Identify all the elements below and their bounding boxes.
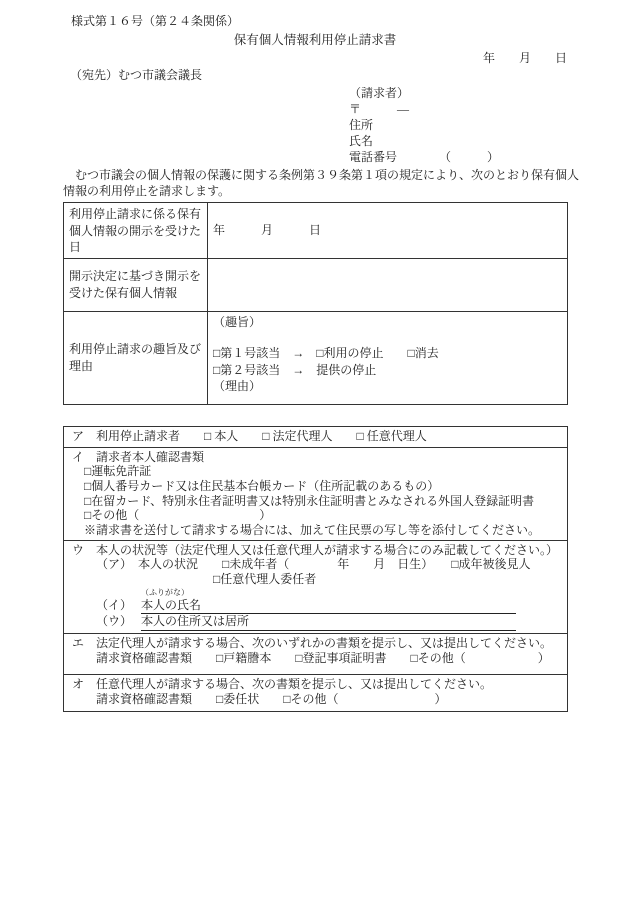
requester-type-cell: ア 利用停止請求者 □ 本人 □ 法定代理人 □ 任意代理人 xyxy=(64,426,568,447)
identity-doc-item-mynumber: □個人番号カード又は住民基本台帳カード（住所記載のあるもの） xyxy=(72,479,561,494)
principal-status-cell: ウ 本人の状況等（法定代理人又は任意代理人が請求する場合にのみ記載してください。… xyxy=(64,540,568,633)
legal-representative-cell: エ 法定代理人が請求する場合、次のいずれかの書類を提示し、又は提出してください。… xyxy=(64,633,568,674)
form-page: 様式第１６号（第２４条関係） 保有個人情報利用停止請求書 年 月 日 （宛先）む… xyxy=(0,0,630,903)
declaration-line-2: 情報の利用停止を請求します。 xyxy=(63,183,630,199)
legal-representative-documents: 請求資格確認書類 □戸籍謄本 □登記事項証明書 □その他（ ） xyxy=(72,651,561,666)
principal-name-field: 本人の氏名 xyxy=(141,598,516,615)
identity-doc-item-license: □運転免許証 xyxy=(72,464,561,479)
reason-header: （理由） xyxy=(213,378,564,395)
purpose-option-item1: □第１号該当 → □利用の停止 □消去 xyxy=(213,345,564,362)
spacer xyxy=(213,330,564,345)
page-title: 保有個人情報利用停止請求書 xyxy=(0,33,630,48)
disclosure-date-value: 年 月 日 xyxy=(208,203,568,259)
checklist-table: ア 利用停止請求者 □ 本人 □ 法定代理人 □ 任意代理人 イ 請求者本人確認… xyxy=(63,426,568,712)
principal-address-line: （ウ）本人の住所又は居所 xyxy=(72,614,561,631)
table-row: オ 任意代理人が請求する場合、次の書類を提示し、又は提出してください。 請求資格… xyxy=(64,674,568,711)
voluntary-representative-title: オ 任意代理人が請求する場合、次の書類を提示し、又は提出してください。 xyxy=(72,677,561,692)
requester-label: （請求者） xyxy=(349,85,630,101)
table-row: 利用停止請求の趣旨及び理由 （趣旨） □第１号該当 → □利用の停止 □消去 □… xyxy=(64,311,568,404)
principal-status-line2: □任意代理人委任者 xyxy=(72,572,561,587)
table-row: 利用停止請求に係る保有個人情報の開示を受けた日 年 月 日 xyxy=(64,203,568,259)
identity-doc-item-residence-card: □在留カード、特別永住者証明書又は特別永住証明書とみなされる外国人登録証明書 xyxy=(72,494,561,509)
disclosed-info-value xyxy=(208,258,568,311)
requester-type-line: ア 利用停止請求者 □ 本人 □ 法定代理人 □ 任意代理人 xyxy=(72,429,561,444)
requester-block: （請求者） 〒 ― 住所 氏名 電話番号 （ ） xyxy=(349,85,630,165)
principal-name-prefix: （イ） xyxy=(96,598,141,614)
principal-address-field: 本人の住所又は居所 xyxy=(141,614,516,631)
legal-representative-title: エ 法定代理人が請求する場合、次のいずれかの書類を提示し、又は提出してください。 xyxy=(72,636,561,651)
purpose-option-item2: □第２号該当 → 提供の停止 xyxy=(213,362,564,379)
table-row: ア 利用停止請求者 □ 本人 □ 法定代理人 □ 任意代理人 xyxy=(64,426,568,447)
declaration-line-1: むつ市議会の個人情報の保護に関する条例第３９条第１項の規定により、次のとおり保有… xyxy=(63,167,630,183)
name-line: 氏名 xyxy=(349,133,630,149)
principal-name-line: （イ）本人の氏名 xyxy=(72,598,561,615)
purpose-header: （趣旨） xyxy=(213,314,564,331)
furigana-label: （ふりがな） xyxy=(72,587,561,598)
date-line: 年 月 日 xyxy=(0,51,630,65)
table-row: 開示決定に基づき開示を受けた保有個人情報 xyxy=(64,258,568,311)
purpose-reason-cell: （趣旨） □第１号該当 → □利用の停止 □消去 □第２号該当 → 提供の停止 … xyxy=(208,311,568,404)
address-line: 住所 xyxy=(349,117,630,133)
postal-code-line: 〒 ― xyxy=(349,101,630,117)
table-row: ウ 本人の状況等（法定代理人又は任意代理人が請求する場合にのみ記載してください。… xyxy=(64,540,568,633)
principal-status-line: （ア） 本人の状況 □未成年者（ 年 月 日生） □成年被後見人 xyxy=(72,557,561,572)
identity-documents-title: イ 請求者本人確認書類 xyxy=(72,450,561,465)
voluntary-representative-documents: 請求資格確認書類 □委任状 □その他（ ） xyxy=(72,692,561,707)
identity-doc-note: ※請求書を送付して請求する場合には、加えて住民票の写し等を添付してください。 xyxy=(72,523,561,538)
purpose-reason-label: 利用停止請求の趣旨及び理由 xyxy=(64,311,208,404)
identity-documents-cell: イ 請求者本人確認書類 □運転免許証 □個人番号カード又は住民基本台帳カード（住… xyxy=(64,447,568,540)
addressee-line: （宛先）むつ市議会議長 xyxy=(70,68,630,82)
form-number: 様式第１６号（第２４条関係） xyxy=(71,14,630,28)
disclosed-info-label: 開示決定に基づき開示を受けた保有個人情報 xyxy=(64,258,208,311)
identity-doc-item-other: □その他（ ） xyxy=(72,508,561,523)
principal-status-title: ウ 本人の状況等（法定代理人又は任意代理人が請求する場合にのみ記載してください。… xyxy=(72,543,561,558)
table-row: イ 請求者本人確認書類 □運転免許証 □個人番号カード又は住民基本台帳カード（住… xyxy=(64,447,568,540)
request-detail-table: 利用停止請求に係る保有個人情報の開示を受けた日 年 月 日 開示決定に基づき開示… xyxy=(63,202,568,405)
disclosure-date-label: 利用停止請求に係る保有個人情報の開示を受けた日 xyxy=(64,203,208,259)
declaration-paragraph: むつ市議会の個人情報の保護に関する条例第３９条第１項の規定により、次のとおり保有… xyxy=(63,167,630,199)
voluntary-representative-cell: オ 任意代理人が請求する場合、次の書類を提示し、又は提出してください。 請求資格… xyxy=(64,674,568,711)
principal-address-prefix: （ウ） xyxy=(96,614,141,630)
phone-line: 電話番号 （ ） xyxy=(349,149,630,165)
table-row: エ 法定代理人が請求する場合、次のいずれかの書類を提示し、又は提出してください。… xyxy=(64,633,568,674)
